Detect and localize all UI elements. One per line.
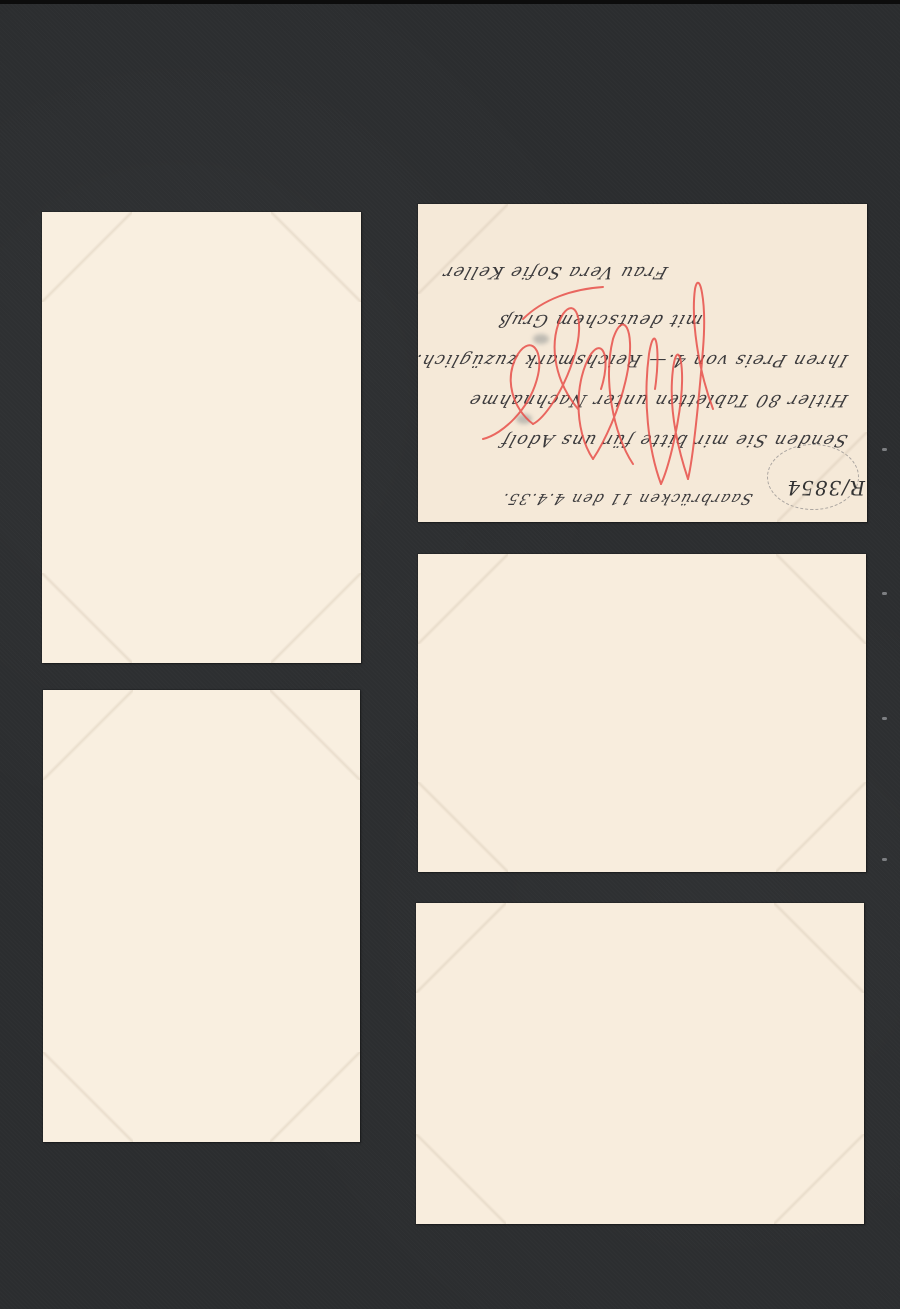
handwritten-postcard: R/3854 Saarbrücken 11 den 4.4.35. Senden… (418, 204, 867, 522)
binder-hole-dot (882, 448, 887, 451)
handwritten-date-line: Saarbrücken 11 den 4.4.35. (498, 490, 755, 508)
binder-hole-dot (882, 592, 887, 595)
binder-hole-dot (882, 858, 887, 861)
photo-corner-mark (418, 782, 508, 872)
reference-number: R/3854 (786, 476, 865, 500)
photo-corner-mark (271, 212, 361, 302)
blank-card-right-bottom (416, 903, 864, 1224)
scan-top-edge (0, 0, 900, 4)
red-pencil-signature-icon (463, 259, 723, 489)
photo-corner-mark (776, 554, 866, 644)
binder-hole-dot (882, 717, 887, 720)
photo-corner-mark (270, 690, 360, 780)
blank-card-left-top (42, 212, 361, 663)
photo-corner-mark (774, 903, 864, 993)
blank-card-left-bottom (43, 690, 360, 1142)
photo-corner-mark (416, 1134, 506, 1224)
blank-card-right-middle (418, 554, 866, 872)
photo-corner-mark (43, 1052, 133, 1142)
photo-corner-mark (42, 573, 132, 663)
